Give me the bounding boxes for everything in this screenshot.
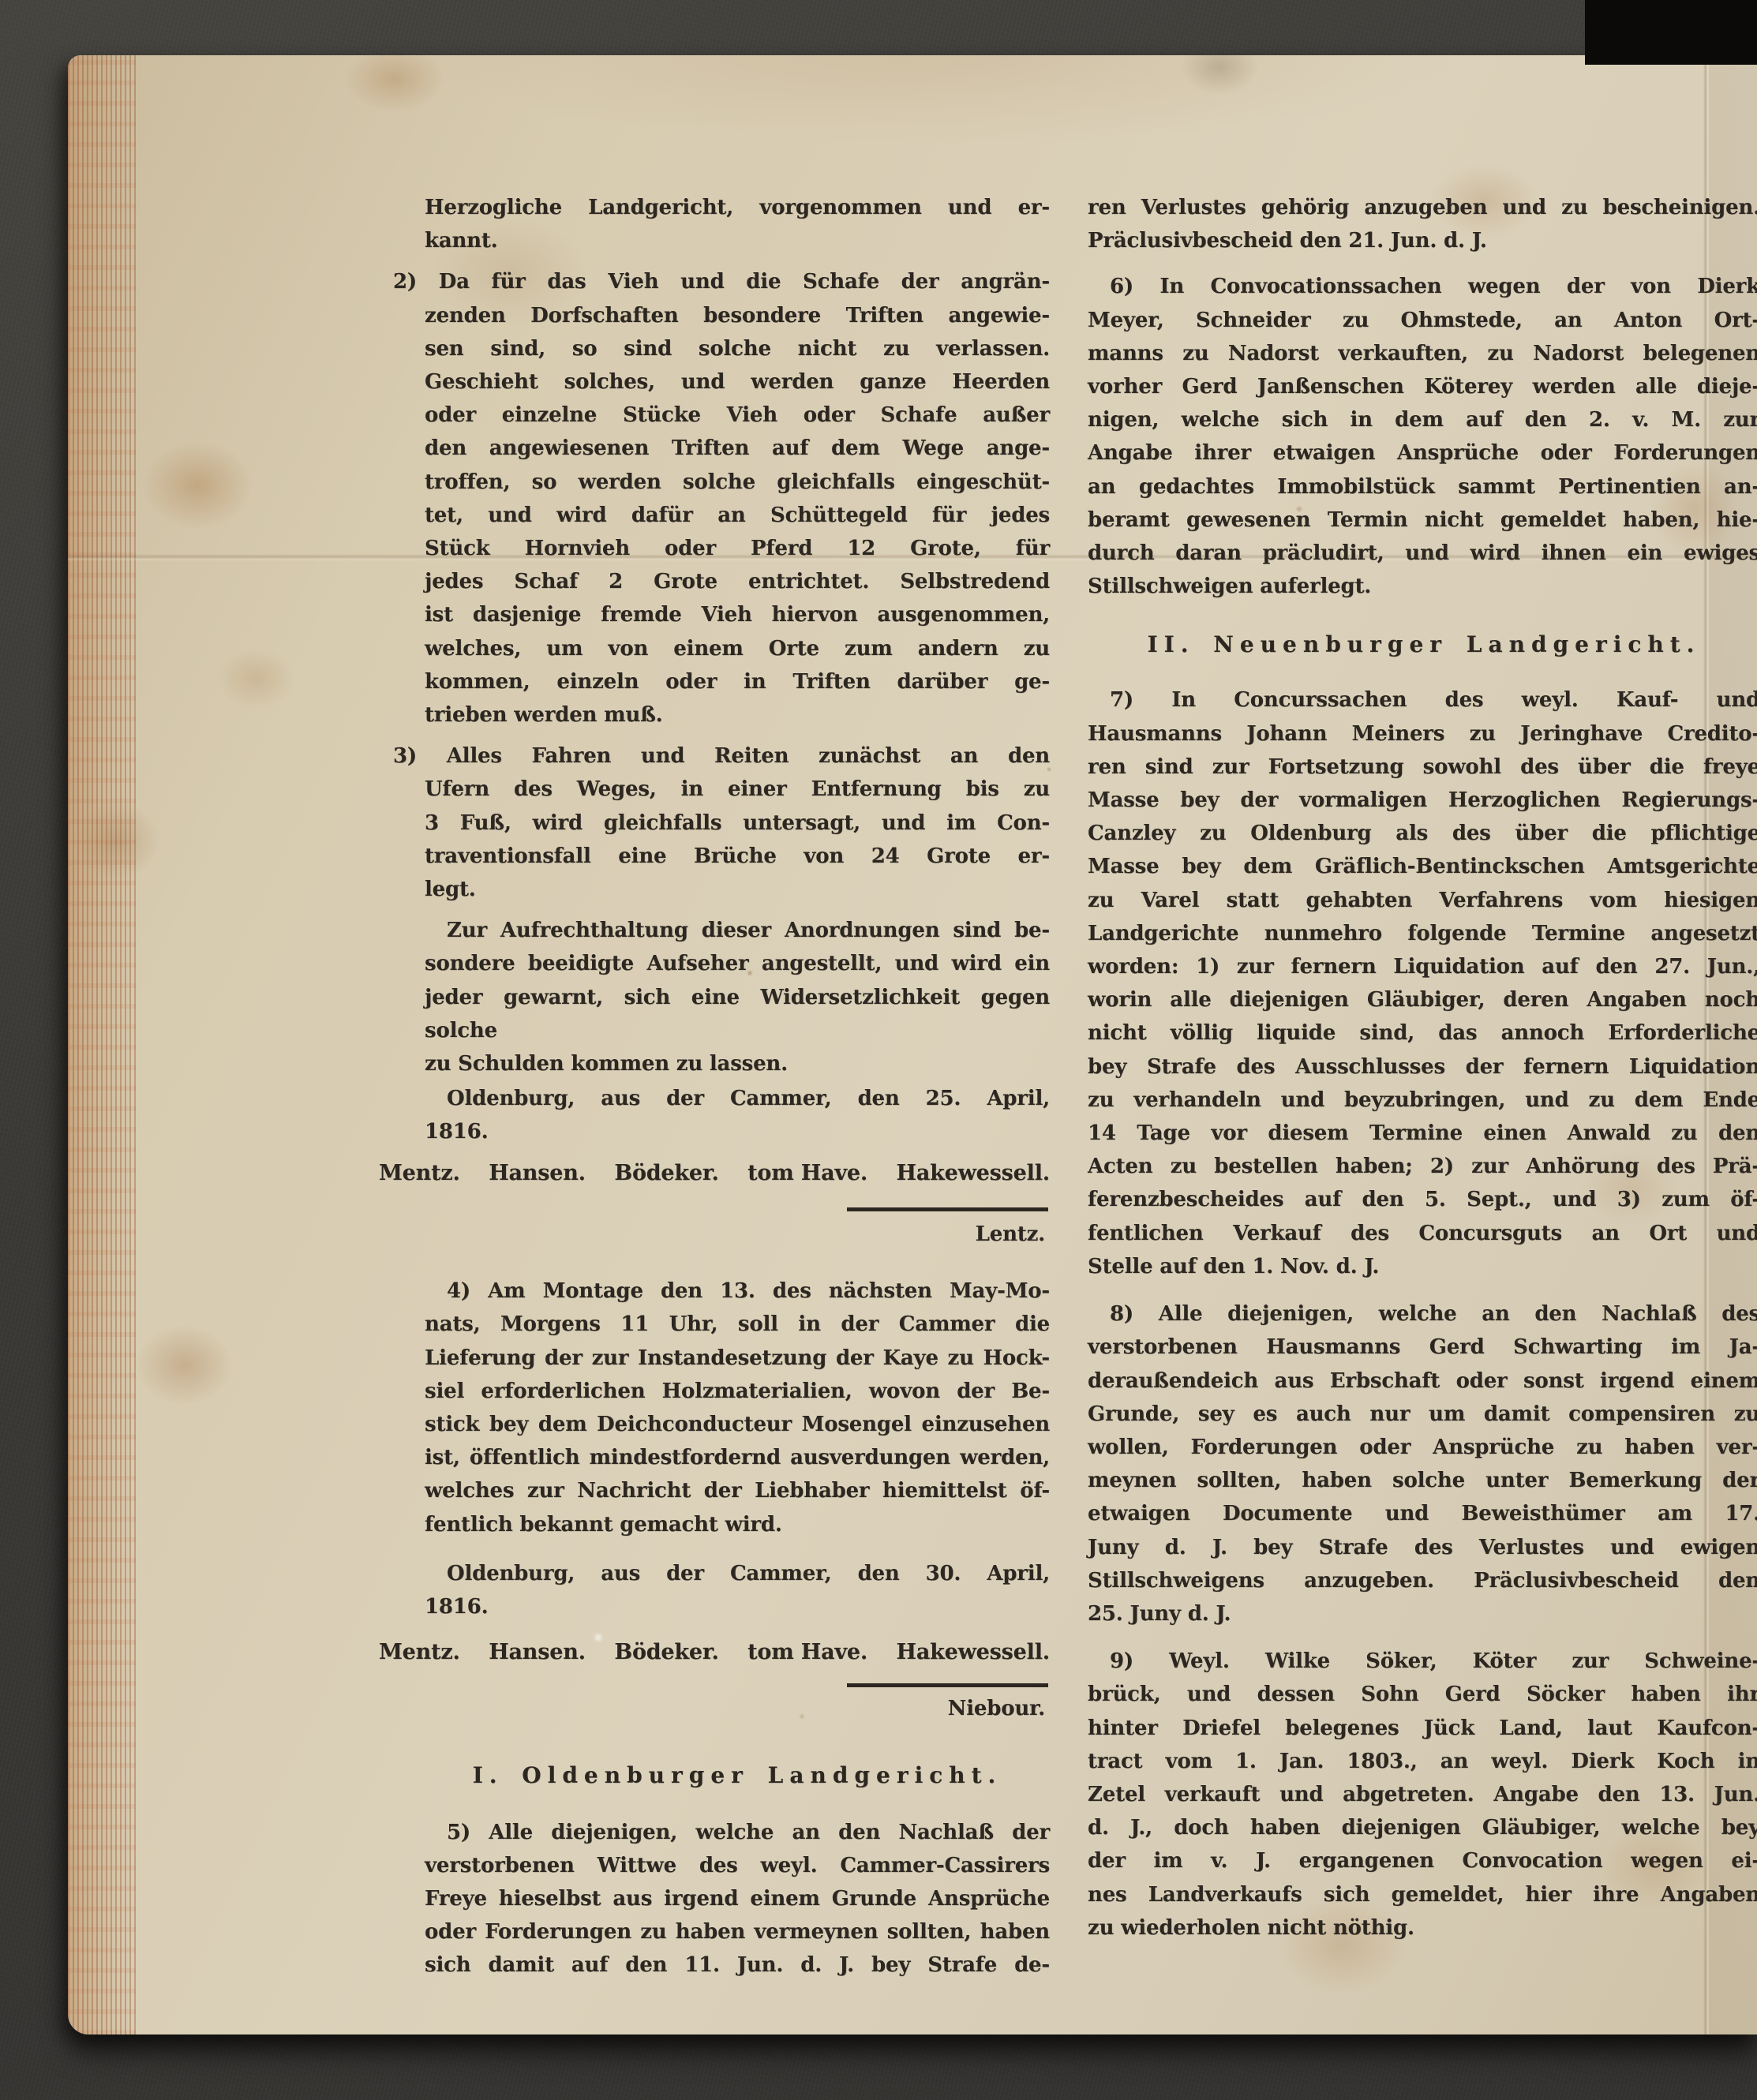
numbered-item: 2) Da für das Vieh und die Schafe der an… — [425, 265, 1050, 732]
text-line: nats, Morgens 11 Uhr, soll in der Cammer… — [425, 1308, 1050, 1341]
text-line: kommen, einzeln oder in Triften darüber … — [425, 665, 1050, 698]
text-line: 2) Da für das Vieh und die Schafe der an… — [425, 265, 1050, 298]
text-line: stick bey dem Deichconducteur Mosengel e… — [425, 1408, 1050, 1441]
text-line: jedes Schaf 2 Grote entrichtet. Selbstre… — [425, 565, 1050, 598]
text-line: 1816. — [425, 1115, 1050, 1148]
text-line: tract vom 1. Jan. 1803., an weyl. Dierk … — [1088, 1745, 1757, 1778]
text-line: Ufern des Weges, in einer Entfernung bis… — [425, 773, 1050, 806]
text-line: Oldenburg, aus der Cammer, den 30. April… — [425, 1557, 1050, 1590]
text-line: verstorbenen Wittwe des weyl. Cammer-Cas… — [425, 1849, 1050, 1882]
text-line: Geschieht solches, und werden ganze Heer… — [425, 365, 1050, 399]
numbered-item: 4) Am Montage den 13. des nächsten May-M… — [425, 1275, 1050, 1541]
left-column: Herzogliche Landgericht, vorgenommen und… — [425, 191, 1050, 1982]
text-line: oder einzelne Stücke Vieh oder Schafe au… — [425, 399, 1050, 432]
text-line: der im v. J. ergangenen Convocation wege… — [1088, 1844, 1757, 1877]
text-line: brück, und dessen Sohn Gerd Söcker haben… — [1088, 1678, 1757, 1711]
signature-name: Mentz. — [379, 1636, 460, 1669]
text-line: zu verhandeln und beyzubringen, und zu d… — [1088, 1084, 1757, 1117]
text-line: an gedachtes Immobilstück sammt Pertinen… — [1088, 470, 1757, 503]
signature-row: Mentz.Hansen.Bödeker.tom Have.Hakewessel… — [379, 1157, 1050, 1190]
text-line: Masse bey dem Gräflich-Bentinckschen Amt… — [1088, 850, 1757, 883]
text-line: 3) Alles Fahren und Reiten zunächst an d… — [425, 739, 1050, 773]
text-line: den angewiesenen Triften auf dem Wege an… — [425, 432, 1050, 465]
text-line: sondere beeidigte Aufseher angestellt, u… — [425, 947, 1050, 980]
text-line: 25. Juny d. J. — [1088, 1597, 1757, 1630]
text-line: manns zu Nadorst verkauften, zu Nadorst … — [1088, 337, 1757, 370]
text-line: 3 Fuß, wird gleichfalls untersagt, und i… — [425, 807, 1050, 840]
signature-name: Bödeker. — [614, 1157, 718, 1190]
text-line: verstorbenen Hausmanns Gerd Schwarting i… — [1088, 1331, 1757, 1364]
text-line: Angabe ihrer etwaigen Ansprüche oder For… — [1088, 436, 1757, 470]
text-line: zu Varel statt gehabten Verfahrens vom h… — [1088, 884, 1757, 917]
text-line: 14 Tage vor diesem Termine einen Anwald … — [1088, 1117, 1757, 1150]
text-line: Acten zu bestellen haben; 2) zur Anhörun… — [1088, 1150, 1757, 1183]
text-line: fentlichen Verkauf des Concursguts an Or… — [1088, 1217, 1757, 1250]
text-line: hinter Driefel belegenes Jück Land, laut… — [1088, 1712, 1757, 1745]
section-heading: I. Oldenburger Landgericht. — [425, 1757, 1050, 1794]
text-line: 4) Am Montage den 13. des nächsten May-M… — [425, 1275, 1050, 1308]
signature-name: tom Have. — [747, 1636, 867, 1669]
text-line: nes Landverkaufs sich gemeldet, hier ihr… — [1088, 1878, 1757, 1911]
text-line: welches, um von einem Orte zum andern zu — [425, 632, 1050, 665]
text-line: Meyer, Schneider zu Ohmstede, an Anton O… — [1088, 304, 1757, 337]
text-line: nigen, welche sich in dem auf den 2. v. … — [1088, 403, 1757, 436]
text-line: wollen, Forderungen oder Ansprüche zu ha… — [1088, 1431, 1757, 1464]
text-line: Oldenburg, aus der Cammer, den 25. April… — [425, 1082, 1050, 1115]
paragraph: Herzogliche Landgericht, vorgenommen und… — [425, 191, 1050, 257]
numbered-item: 8) Alle diejenigen, welche an den Nachla… — [1088, 1297, 1757, 1630]
text-line: 1816. — [425, 1590, 1050, 1623]
text-line: zu wiederholen nicht nöthig. — [1088, 1911, 1757, 1945]
paragraph: ren Verlustes gehörig anzugeben und zu b… — [1088, 191, 1757, 257]
text-line: Herzogliche Landgericht, vorgenommen und… — [425, 191, 1050, 224]
numbered-item: 9) Weyl. Wilke Söker, Köter zur Schweine… — [1088, 1645, 1757, 1945]
text-line: worden: 1) zur fernern Liquidation auf d… — [1088, 950, 1757, 983]
text-line: Zetel verkauft und abgetreten. Angabe de… — [1088, 1778, 1757, 1811]
signature-name: tom Have. — [747, 1157, 867, 1190]
black-corner-overlay — [1585, 0, 1757, 65]
text-line: Masse bey der vormaligen Herzoglichen Re… — [1088, 784, 1757, 817]
signature-name: Hansen. — [489, 1157, 586, 1190]
text-line: zu Schulden kommen zu lassen. — [425, 1047, 1050, 1080]
book-page: Herzogliche Landgericht, vorgenommen und… — [68, 55, 1757, 2034]
signature-name: Lentz. — [425, 1218, 1050, 1251]
text-line: worin alle diejenigen Gläubiger, deren A… — [1088, 983, 1757, 1016]
text-line: 6) In Convocationssachen wegen der von D… — [1088, 270, 1757, 303]
numbered-item: 3) Alles Fahren und Reiten zunächst an d… — [425, 739, 1050, 906]
text-line: Grunde, sey es auch nur um damit compens… — [1088, 1398, 1757, 1431]
text-line: 5) Alle diejenigen, welche an den Nachla… — [425, 1816, 1050, 1849]
text-line: legt. — [425, 873, 1050, 906]
text-line: 9) Weyl. Wilke Söker, Köter zur Schweine… — [1088, 1645, 1757, 1678]
paragraph: Zur Aufrechthaltung dieser Anordnungen s… — [425, 914, 1050, 1080]
text-line: d. J., doch haben diejenigen Gläubiger, … — [1088, 1811, 1757, 1844]
text-line: trieben werden muß. — [425, 698, 1050, 732]
text-line: ren Verlustes gehörig anzugeben und zu b… — [1088, 191, 1757, 224]
text-line: Stück Hornvieh oder Pferd 12 Grote, für — [425, 532, 1050, 565]
text-line: beramt gewesenen Termin nicht gemeldet h… — [1088, 503, 1757, 537]
text-line: meynen sollten, haben solche unter Bemer… — [1088, 1464, 1757, 1497]
separator-rule — [847, 1207, 1048, 1211]
numbered-item: 7) In Concurssachen des weyl. Kauf- undH… — [1088, 683, 1757, 1283]
text-line: troffen, so werden solche gleichfalls ei… — [425, 466, 1050, 499]
text-line: oder Forderungen zu haben vermeynen soll… — [425, 1915, 1050, 1948]
text-line: zenden Dorfschaften besondere Triften an… — [425, 299, 1050, 332]
text-line: Hausmanns Johann Meiners zu Jeringhave C… — [1088, 717, 1757, 751]
signature-name: Hakewessell. — [897, 1157, 1050, 1190]
section-heading: II. Neuenburger Landgericht. — [1088, 627, 1757, 663]
text-line: sen sind, so sind solche nicht zu verlas… — [425, 332, 1050, 365]
text-line: ist dasjenige fremde Vieh hiervon ausgen… — [425, 598, 1050, 631]
text-line: sich damit auf den 11. Jun. d. J. bey St… — [425, 1948, 1050, 1982]
text-line: Zur Aufrechthaltung dieser Anordnungen s… — [425, 914, 1050, 947]
signature-name: Hansen. — [489, 1636, 586, 1669]
text-line: Stillschweigens anzugeben. Präclusivbesc… — [1088, 1564, 1757, 1597]
text-line: 8) Alle diejenigen, welche an den Nachla… — [1088, 1297, 1757, 1331]
desk-background: Herzogliche Landgericht, vorgenommen und… — [0, 0, 1757, 2100]
text-line: kannt. — [425, 224, 1050, 257]
signature-name: Niebour. — [425, 1692, 1050, 1725]
text-line: siel erforderlichen Holzmaterialien, wov… — [425, 1375, 1050, 1408]
signature-name: Hakewessell. — [897, 1636, 1050, 1669]
signature-row: Mentz.Hansen.Bödeker.tom Have.Hakewessel… — [379, 1636, 1050, 1669]
text-line: jeder gewarnt, sich eine Widersetzlichke… — [425, 981, 1050, 1047]
text-line: Juny d. J. bey Strafe des Verlustes und … — [1088, 1531, 1757, 1564]
text-line: Stillschweigen auferlegt. — [1088, 570, 1757, 603]
text-line: Landgerichte nunmehro folgende Termine a… — [1088, 917, 1757, 950]
text-line: welches zur Nachricht der Liebhaber hiem… — [425, 1474, 1050, 1507]
text-line: nicht völlig liquide sind, das annoch Er… — [1088, 1016, 1757, 1050]
text-line: ferenzbescheides auf den 5. Sept., und 3… — [1088, 1183, 1757, 1216]
text-line: Lieferung der zur Instandesetzung der Ka… — [425, 1342, 1050, 1375]
text-line: 7) In Concurssachen des weyl. Kauf- und — [1088, 683, 1757, 717]
text-line: Freye hieselbst aus irgend einem Grunde … — [425, 1882, 1050, 1915]
paragraph: Oldenburg, aus der Cammer, den 25. April… — [425, 1082, 1050, 1148]
text-line: Stelle auf den 1. Nov. d. J. — [1088, 1250, 1757, 1283]
text-line: deraußendeich aus Erbschaft oder sonst i… — [1088, 1364, 1757, 1398]
signature-name: Mentz. — [379, 1157, 460, 1190]
text-line: tet, und wird dafür an Schüttegeld für j… — [425, 499, 1050, 532]
numbered-item: 6) In Convocationssachen wegen der von D… — [1088, 270, 1757, 603]
text-line: Canzley zu Oldenburg als des über die pf… — [1088, 817, 1757, 850]
signature-name: Bödeker. — [614, 1636, 718, 1669]
numbered-item: 5) Alle diejenigen, welche an den Nachla… — [425, 1816, 1050, 1982]
text-line: ren sind zur Fortsetzung sowohl des über… — [1088, 751, 1757, 784]
fore-edge-band — [68, 55, 136, 2034]
paragraph: Oldenburg, aus der Cammer, den 30. April… — [425, 1557, 1050, 1623]
separator-rule — [847, 1683, 1048, 1687]
text-line: durch daran präcludirt, und wird ihnen e… — [1088, 537, 1757, 570]
text-line: bey Strafe des Ausschlusses der fernern … — [1088, 1050, 1757, 1084]
text-line: Präclusivbescheid den 21. Jun. d. J. — [1088, 224, 1757, 257]
text-line: vorher Gerd Janßenschen Köterey werden a… — [1088, 370, 1757, 403]
right-column: ren Verlustes gehörig anzugeben und zu b… — [1088, 191, 1757, 1945]
text-line: fentlich bekannt gemacht wird. — [425, 1508, 1050, 1541]
text-line: ist, öffentlich mindestfordernd ausverdu… — [425, 1441, 1050, 1474]
text-line: etwaigen Documente und Beweisthümer am 1… — [1088, 1497, 1757, 1530]
text-line: traventionsfall eine Brüche von 24 Grote… — [425, 840, 1050, 873]
